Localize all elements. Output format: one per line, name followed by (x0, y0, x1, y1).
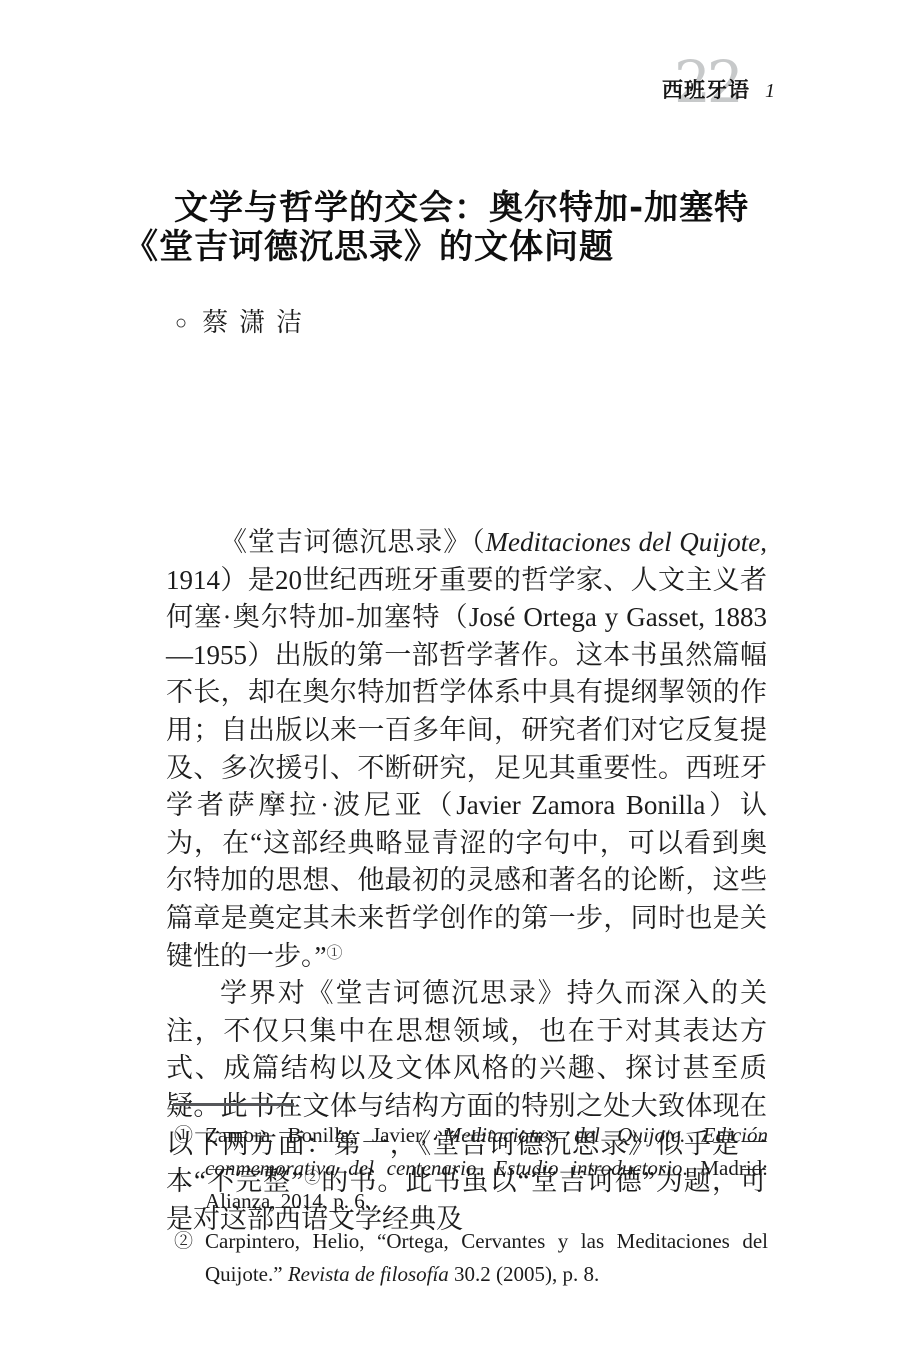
author-circle-icon: ○ (175, 312, 187, 334)
author-name: 蔡潇洁 (202, 308, 313, 337)
footnotes-section: ① Zamora Bonilla, Javier, Meditaciones d… (166, 1103, 768, 1298)
article-title-line-1: 文学与哲学的交会：奥尔特加-加塞特 (174, 189, 749, 228)
footnote-2-text: Carpintero, Helio, “Ortega, Cervantes y … (205, 1225, 768, 1291)
fn2-publication: 30.2 (2005), p. 8. (449, 1262, 600, 1286)
p1-text-rest: , 1914）是20世纪西班牙重要的哲学家、人文主义者何塞·奥尔特加-加塞特（J… (166, 527, 767, 971)
p1-text-start: 《堂吉诃德沉思录》（ (220, 527, 486, 557)
paragraph-1: 《堂吉诃德沉思录》（Meditaciones del Quijote, 1914… (166, 524, 767, 975)
page-number: 1 (765, 80, 775, 102)
footnote-1: ① Zamora Bonilla, Javier, Meditaciones d… (166, 1119, 768, 1218)
footnote-separator-rule (173, 1103, 294, 1106)
footnote-1-marker: ① (166, 1119, 205, 1218)
running-header: 西班牙语1 (662, 74, 775, 104)
p1-book-title-italic: Meditaciones del Quijote (486, 527, 761, 557)
article-title: 文学与哲学的交会：奥尔特加-加塞特 《堂吉诃德沉思录》的文体问题 (174, 189, 749, 267)
article-title-line-2: 《堂吉诃德沉思录》的文体问题 (124, 228, 749, 267)
footnote-2: ② Carpintero, Helio, “Ortega, Cervantes … (166, 1225, 768, 1291)
page: 22 西班牙语1 文学与哲学的交会：奥尔特加-加塞特 《堂吉诃德沉思录》的文体问… (0, 0, 900, 1350)
author-line: ○蔡潇洁 (175, 306, 313, 340)
footnote-ref-1: ① (326, 945, 342, 962)
journal-name: 西班牙语 (662, 78, 750, 102)
fn1-author: Zamora Bonilla, Javier, (205, 1123, 444, 1147)
document-page: { "header": { "watermark": "22", "journa… (0, 0, 900, 1350)
fn2-journal-italic: Revista de filosofía (288, 1262, 449, 1286)
footnote-1-text: Zamora Bonilla, Javier, Meditaciones del… (205, 1119, 768, 1218)
footnote-2-marker: ② (166, 1225, 205, 1291)
